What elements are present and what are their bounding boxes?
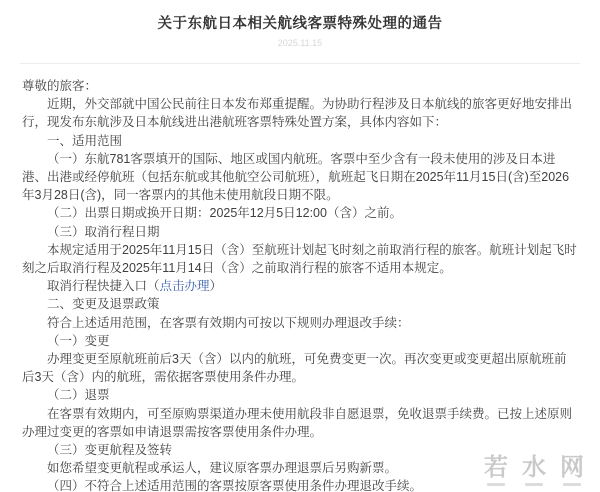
section2-item1: （一）变更 bbox=[22, 332, 578, 350]
salutation: 尊敬的旅客： bbox=[22, 77, 578, 95]
watermark-subtext-bar bbox=[563, 483, 581, 486]
intro-paragraph: 近期，外交部就中国公民前往日本发布郑重提醒。为协助行程涉及日本航线的旅客更好地安… bbox=[22, 95, 578, 131]
header-divider bbox=[20, 63, 580, 64]
watermark: 若 水 网 bbox=[484, 455, 584, 486]
section1-item2: （二）出票日期或换开日期：2025年12月5日12:00（含）之前。 bbox=[22, 204, 578, 222]
cancel-entry-line: 取消行程快捷入口（点击办理） bbox=[22, 277, 578, 295]
watermark-char-group: 若 bbox=[484, 455, 508, 486]
section1-item3: （三）取消行程日期 bbox=[22, 223, 578, 241]
publish-date: 2025.11.15 bbox=[0, 38, 600, 48]
section2-item2-detail: 在客票有效期内，可至原购票渠道办理未使用航段非自愿退票，免收退票手续费。已按上述… bbox=[22, 405, 578, 441]
watermark-char: 网 bbox=[560, 455, 584, 481]
section2-item1-detail: 办理变更至原航班前后3天（含）以内的航班，可免费变更一次。再次变更或变更超出原航… bbox=[22, 350, 578, 386]
notice-page: 关于东航日本相关航线客票特殊处理的通告 2025.11.15 尊敬的旅客： 近期… bbox=[0, 0, 600, 492]
section1-heading: 一、适用范围 bbox=[22, 132, 578, 150]
section2-intro: 符合上述适用范围，在客票有效期内可按以下规则办理退改手续： bbox=[22, 314, 578, 332]
watermark-char: 若 bbox=[484, 455, 508, 481]
notice-body: 尊敬的旅客： 近期，外交部就中国公民前往日本发布郑重提醒。为协助行程涉及日本航线… bbox=[0, 77, 600, 492]
page-title: 关于东航日本相关航线客票特殊处理的通告 bbox=[0, 12, 600, 33]
watermark-char-group: 网 bbox=[560, 455, 584, 486]
watermark-char: 水 bbox=[522, 455, 546, 481]
cancel-entry-suffix: ） bbox=[210, 279, 223, 293]
cancel-entry-prefix: 取消行程快捷入口（ bbox=[47, 279, 160, 293]
section2-item2: （二）退票 bbox=[22, 386, 578, 404]
section2-heading: 二、变更及退票政策 bbox=[22, 295, 578, 313]
watermark-char-group: 水 bbox=[522, 455, 546, 486]
cancel-entry-link[interactable]: 点击办理 bbox=[160, 279, 210, 293]
watermark-subtext-bar bbox=[487, 483, 505, 486]
section1-item3-detail: 本规定适用于2025年11月15日（含）至航班计划起飞时刻之前取消行程的旅客。航… bbox=[22, 241, 578, 277]
section1-item1: （一）东航781客票填开的国际、地区或国内航班。客票中至少含有一段未使用的涉及日… bbox=[22, 150, 578, 205]
watermark-subtext-bar bbox=[525, 483, 543, 486]
